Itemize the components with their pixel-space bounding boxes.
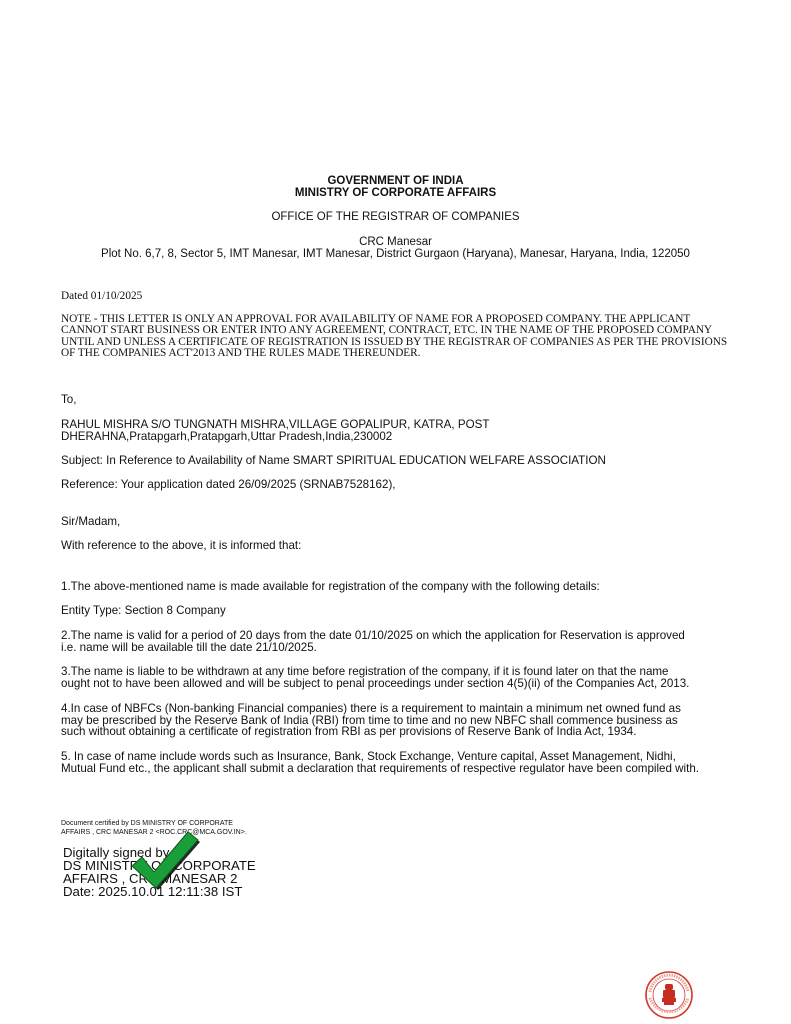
header-address: Plot No. 6,7, 8, Sector 5, IMT Manesar, … (0, 248, 791, 260)
header-crc: CRC Manesar (0, 236, 791, 248)
recipient-address-line2: DHERAHNA,Pratapgarh,Pratapgarh,Uttar Pra… (61, 431, 741, 443)
approval-note: NOTE - THIS LETTER IS ONLY AN APPROVAL F… (61, 314, 731, 359)
header-government: GOVERNMENT OF INDIA (0, 175, 791, 187)
to-label: To, (61, 394, 741, 406)
mca-emblem-seal-icon (644, 970, 694, 1020)
point-4: 4.In case of NBFCs (Non-banking Financia… (61, 703, 741, 738)
intro-text: With reference to the above, it is infor… (61, 540, 741, 552)
header-ministry: MINISTRY OF CORPORATE AFFAIRS (0, 187, 791, 199)
subject-line: Subject: In Reference to Availability of… (61, 455, 741, 467)
point-1: 1.The above-mentioned name is made avail… (61, 581, 741, 593)
green-checkmark-icon[interactable] (128, 828, 200, 892)
letter-date: Dated 01/10/2025 (61, 290, 142, 302)
recipient-address-line1: RAHUL MISHRA S/O TUNGNATH MISHRA,VILLAGE… (61, 419, 741, 431)
point-3: 3.The name is liable to be withdrawn at … (61, 666, 741, 689)
certification-line1: Document certified by DS MINISTRY OF COR… (61, 820, 233, 828)
reference-line: Reference: Your application dated 26/09/… (61, 479, 741, 491)
header-office: OFFICE OF THE REGISTRAR OF COMPANIES (0, 211, 791, 223)
point-2: 2.The name is valid for a period of 20 d… (61, 630, 741, 653)
point-5: 5. In case of name include words such as… (61, 751, 741, 774)
salutation: Sir/Madam, (61, 516, 741, 528)
entity-type: Entity Type: Section 8 Company (61, 605, 741, 617)
